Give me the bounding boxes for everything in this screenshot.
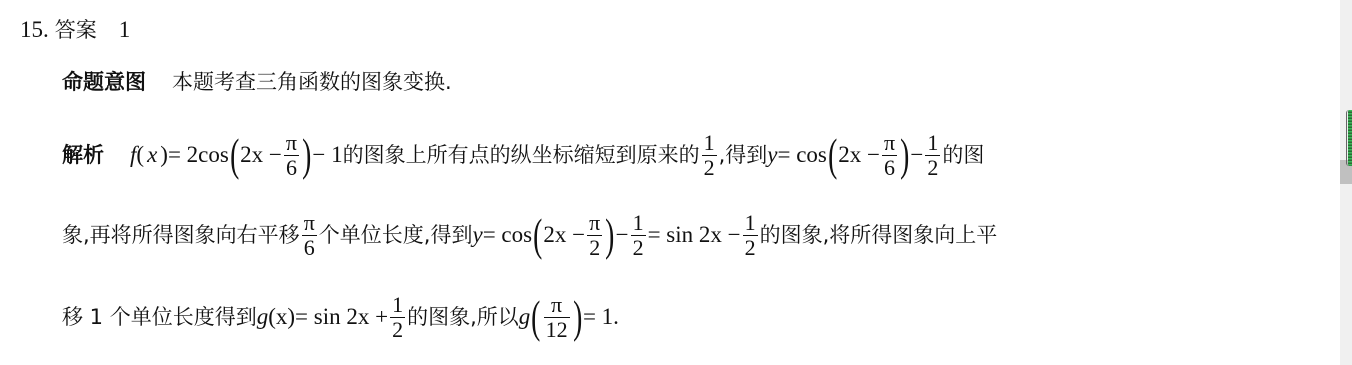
math-g: g xyxy=(519,302,531,332)
math-expr: 2x − xyxy=(240,140,282,170)
denominator: 6 xyxy=(302,235,317,260)
math-expr: 2x − xyxy=(838,140,880,170)
numerator: 1 xyxy=(925,131,940,155)
math-expr: = 1. xyxy=(583,302,619,332)
analysis-text: 的图象,所以 xyxy=(407,302,519,332)
numerator: 1 xyxy=(631,211,646,235)
fraction-pi-6: π6 xyxy=(284,131,299,180)
answer-line: 15. 答案 1 xyxy=(20,15,130,45)
fraction-1-2: 12 xyxy=(743,211,758,260)
math-expr: (x) xyxy=(268,302,295,332)
analysis-text: 的图 xyxy=(942,140,984,170)
intent-text: 本题考查三角函数的图象变换. xyxy=(172,67,452,97)
scrollbar-thumb[interactable] xyxy=(1346,110,1352,166)
analysis-text: ,得到 xyxy=(719,140,768,170)
numerator: π xyxy=(302,211,317,235)
numerator: 1 xyxy=(743,211,758,235)
denominator: 6 xyxy=(284,155,299,180)
analysis-text: 的图象上所有点的纵坐标缩短到原来的 xyxy=(343,140,700,170)
analysis-text: 象,再将所得图象向右平移 xyxy=(62,220,300,250)
fraction-1-2: 12 xyxy=(702,131,717,180)
right-paren: ) xyxy=(573,294,582,340)
fraction-pi-2: π2 xyxy=(587,211,602,260)
denominator: 2 xyxy=(631,235,646,260)
analysis-label: 解析 xyxy=(62,140,104,170)
analysis-line-1: 解析 f(x) = 2cos ( 2x − π6 ) − 1 的图象上所有点的纵… xyxy=(62,130,984,180)
left-paren: ( xyxy=(230,132,239,178)
fraction-pi-12: π12 xyxy=(544,293,570,342)
math-expr: 2x − xyxy=(543,220,585,250)
math-y: y xyxy=(472,220,482,250)
question-number: 15. xyxy=(20,15,49,45)
math-expr: = 2cos xyxy=(168,140,229,170)
right-paren: ) xyxy=(302,132,311,178)
document-page: 15. 答案 1 命题意图 本题考查三角函数的图象变换. 解析 f(x) = 2… xyxy=(0,0,1338,365)
numerator: π xyxy=(587,211,602,235)
math-paren: ) xyxy=(160,140,168,170)
denominator: 2 xyxy=(702,155,717,180)
math-paren: ( xyxy=(136,140,144,170)
numerator: π xyxy=(549,293,564,317)
left-paren: ( xyxy=(533,212,542,258)
math-expr: = cos xyxy=(777,140,826,170)
left-paren: ( xyxy=(531,294,540,340)
answer-label: 答案 xyxy=(55,15,97,45)
numerator: 1 xyxy=(390,293,405,317)
intent-label: 命题意图 xyxy=(62,67,146,97)
denominator: 2 xyxy=(390,317,405,342)
numerator: π xyxy=(882,131,897,155)
fraction-1-2: 12 xyxy=(390,293,405,342)
denominator: 2 xyxy=(587,235,602,260)
denominator: 12 xyxy=(544,317,570,342)
math-g: g xyxy=(257,302,269,332)
math-expr: = sin 2x + xyxy=(295,302,388,332)
numerator: 1 xyxy=(702,131,717,155)
math-y: y xyxy=(767,140,777,170)
denominator: 6 xyxy=(882,155,897,180)
math-expr: − xyxy=(910,140,923,170)
analysis-text: 的图象,将所得图象向上平 xyxy=(760,220,998,250)
math-x: x xyxy=(147,140,157,170)
analysis-text: 个单位长度,得到 xyxy=(319,220,473,250)
math-expr: = sin 2x − xyxy=(648,220,741,250)
right-paren: ) xyxy=(605,212,614,258)
numerator: π xyxy=(284,131,299,155)
intent-line: 命题意图 本题考查三角函数的图象变换. xyxy=(62,67,452,97)
fraction-1-2: 12 xyxy=(631,211,646,260)
right-paren: ) xyxy=(900,132,909,178)
math-expr: − xyxy=(616,220,629,250)
denominator: 2 xyxy=(925,155,940,180)
denominator: 2 xyxy=(743,235,758,260)
analysis-text: 移 1 个单位长度得到 xyxy=(62,302,257,332)
fraction-1-2: 12 xyxy=(925,131,940,180)
answer-value: 1 xyxy=(119,15,131,45)
math-expr: = cos xyxy=(483,220,532,250)
analysis-line-2: 象,再将所得图象向右平移 π6 个单位长度,得到 y = cos ( 2x − … xyxy=(62,210,997,260)
analysis-line-3: 移 1 个单位长度得到 g(x) = sin 2x + 12 的图象,所以 g … xyxy=(62,292,619,342)
fraction-pi-6: π6 xyxy=(302,211,317,260)
math-expr: − 1 xyxy=(312,140,342,170)
left-paren: ( xyxy=(828,132,837,178)
fraction-pi-6: π6 xyxy=(882,131,897,180)
